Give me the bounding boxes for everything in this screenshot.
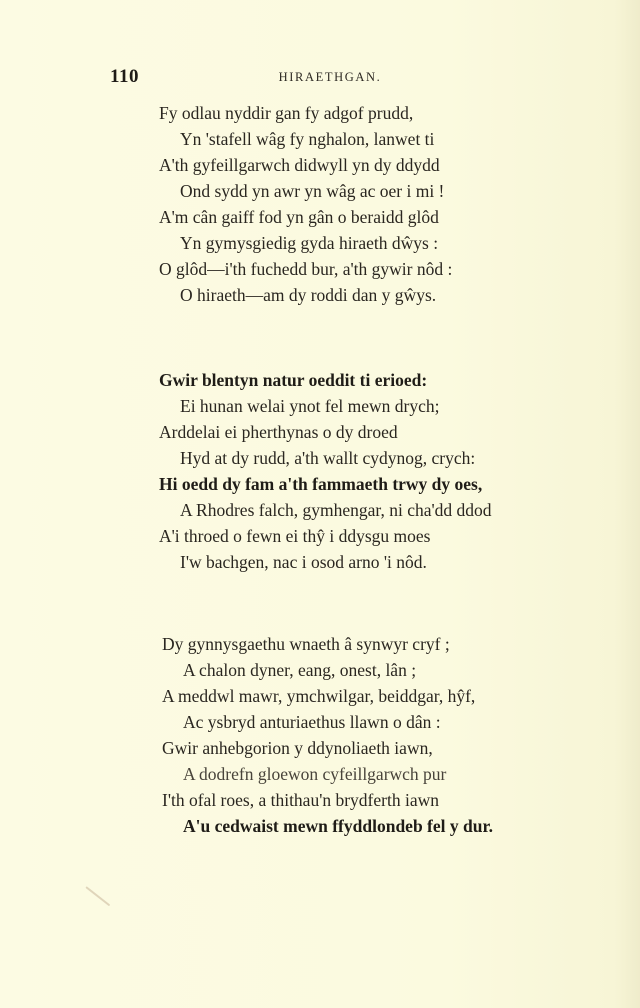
stanza-3: Dy gynnysgaethu wnaeth â synwyr cryf ; A…	[162, 631, 602, 839]
verse-line: A meddwl mawr, ymchwilgar, beiddgar, hŷf…	[162, 683, 602, 709]
verse-line: I'th ofal roes, a thithau'n brydferth ia…	[162, 787, 602, 813]
verse-line: A dodrefn gloewon cyfeillgarwch pur	[162, 761, 602, 787]
verse-line: Ond sydd yn awr yn wâg ac oer i mi !	[159, 178, 599, 204]
book-page: 110 HIRAETHGAN. Fy odlau nyddir gan fy a…	[0, 0, 640, 1008]
verse-line: A Rhodres falch, gymhengar, ni cha'dd dd…	[159, 497, 599, 523]
verse-line: Hi oedd dy fam a'th fammaeth trwy dy oes…	[159, 471, 599, 497]
verse-line: Ei hunan welai ynot fel mewn drych;	[159, 393, 599, 419]
running-head: HIRAETHGAN.	[0, 70, 640, 85]
verse-line: Arddelai ei pherthynas o dy droed	[159, 419, 599, 445]
verse-line: Gwir blentyn natur oeddit ti erioed:	[159, 367, 599, 393]
verse-line: Dy gynnysgaethu wnaeth â synwyr cryf ;	[162, 631, 602, 657]
stanza-2: Gwir blentyn natur oeddit ti erioed: Ei …	[159, 367, 599, 575]
verse-line: Yn 'stafell wâg fy nghalon, lanwet ti	[159, 126, 599, 152]
verse-line: Fy odlau nyddir gan fy adgof prudd,	[159, 100, 599, 126]
verse-line: O hiraeth—am dy roddi dan y gŵys.	[159, 282, 599, 308]
verse-line: A'u cedwaist mewn ffyddlondeb fel y dur.	[162, 813, 602, 839]
stanza-1: Fy odlau nyddir gan fy adgof prudd, Yn '…	[159, 100, 599, 308]
verse-line: Hyd at dy rudd, a'th wallt cydynog, cryc…	[159, 445, 599, 471]
verse-line: I'w bachgen, nac i osod arno 'i nôd.	[159, 549, 599, 575]
verse-line: O glôd—i'th fuchedd bur, a'th gywir nôd …	[159, 256, 599, 282]
verse-line: A chalon dyner, eang, onest, lân ;	[162, 657, 602, 683]
verse-line: A'th gyfeillgarwch didwyll yn dy ddydd	[159, 152, 599, 178]
verse-line: Ac ysbryd anturiaethus llawn o dân :	[162, 709, 602, 735]
verse-line: A'm cân gaiff fod yn gân o beraidd glôd	[159, 204, 599, 230]
verse-line: Gwir anhebgorion y ddynoliaeth iawn,	[162, 735, 602, 761]
paper-blemish	[85, 886, 110, 906]
verse-line: A'i throed o fewn ei thŷ i ddysgu moes	[159, 523, 599, 549]
verse-line: Yn gymysgiedig gyda hiraeth dŵys :	[159, 230, 599, 256]
